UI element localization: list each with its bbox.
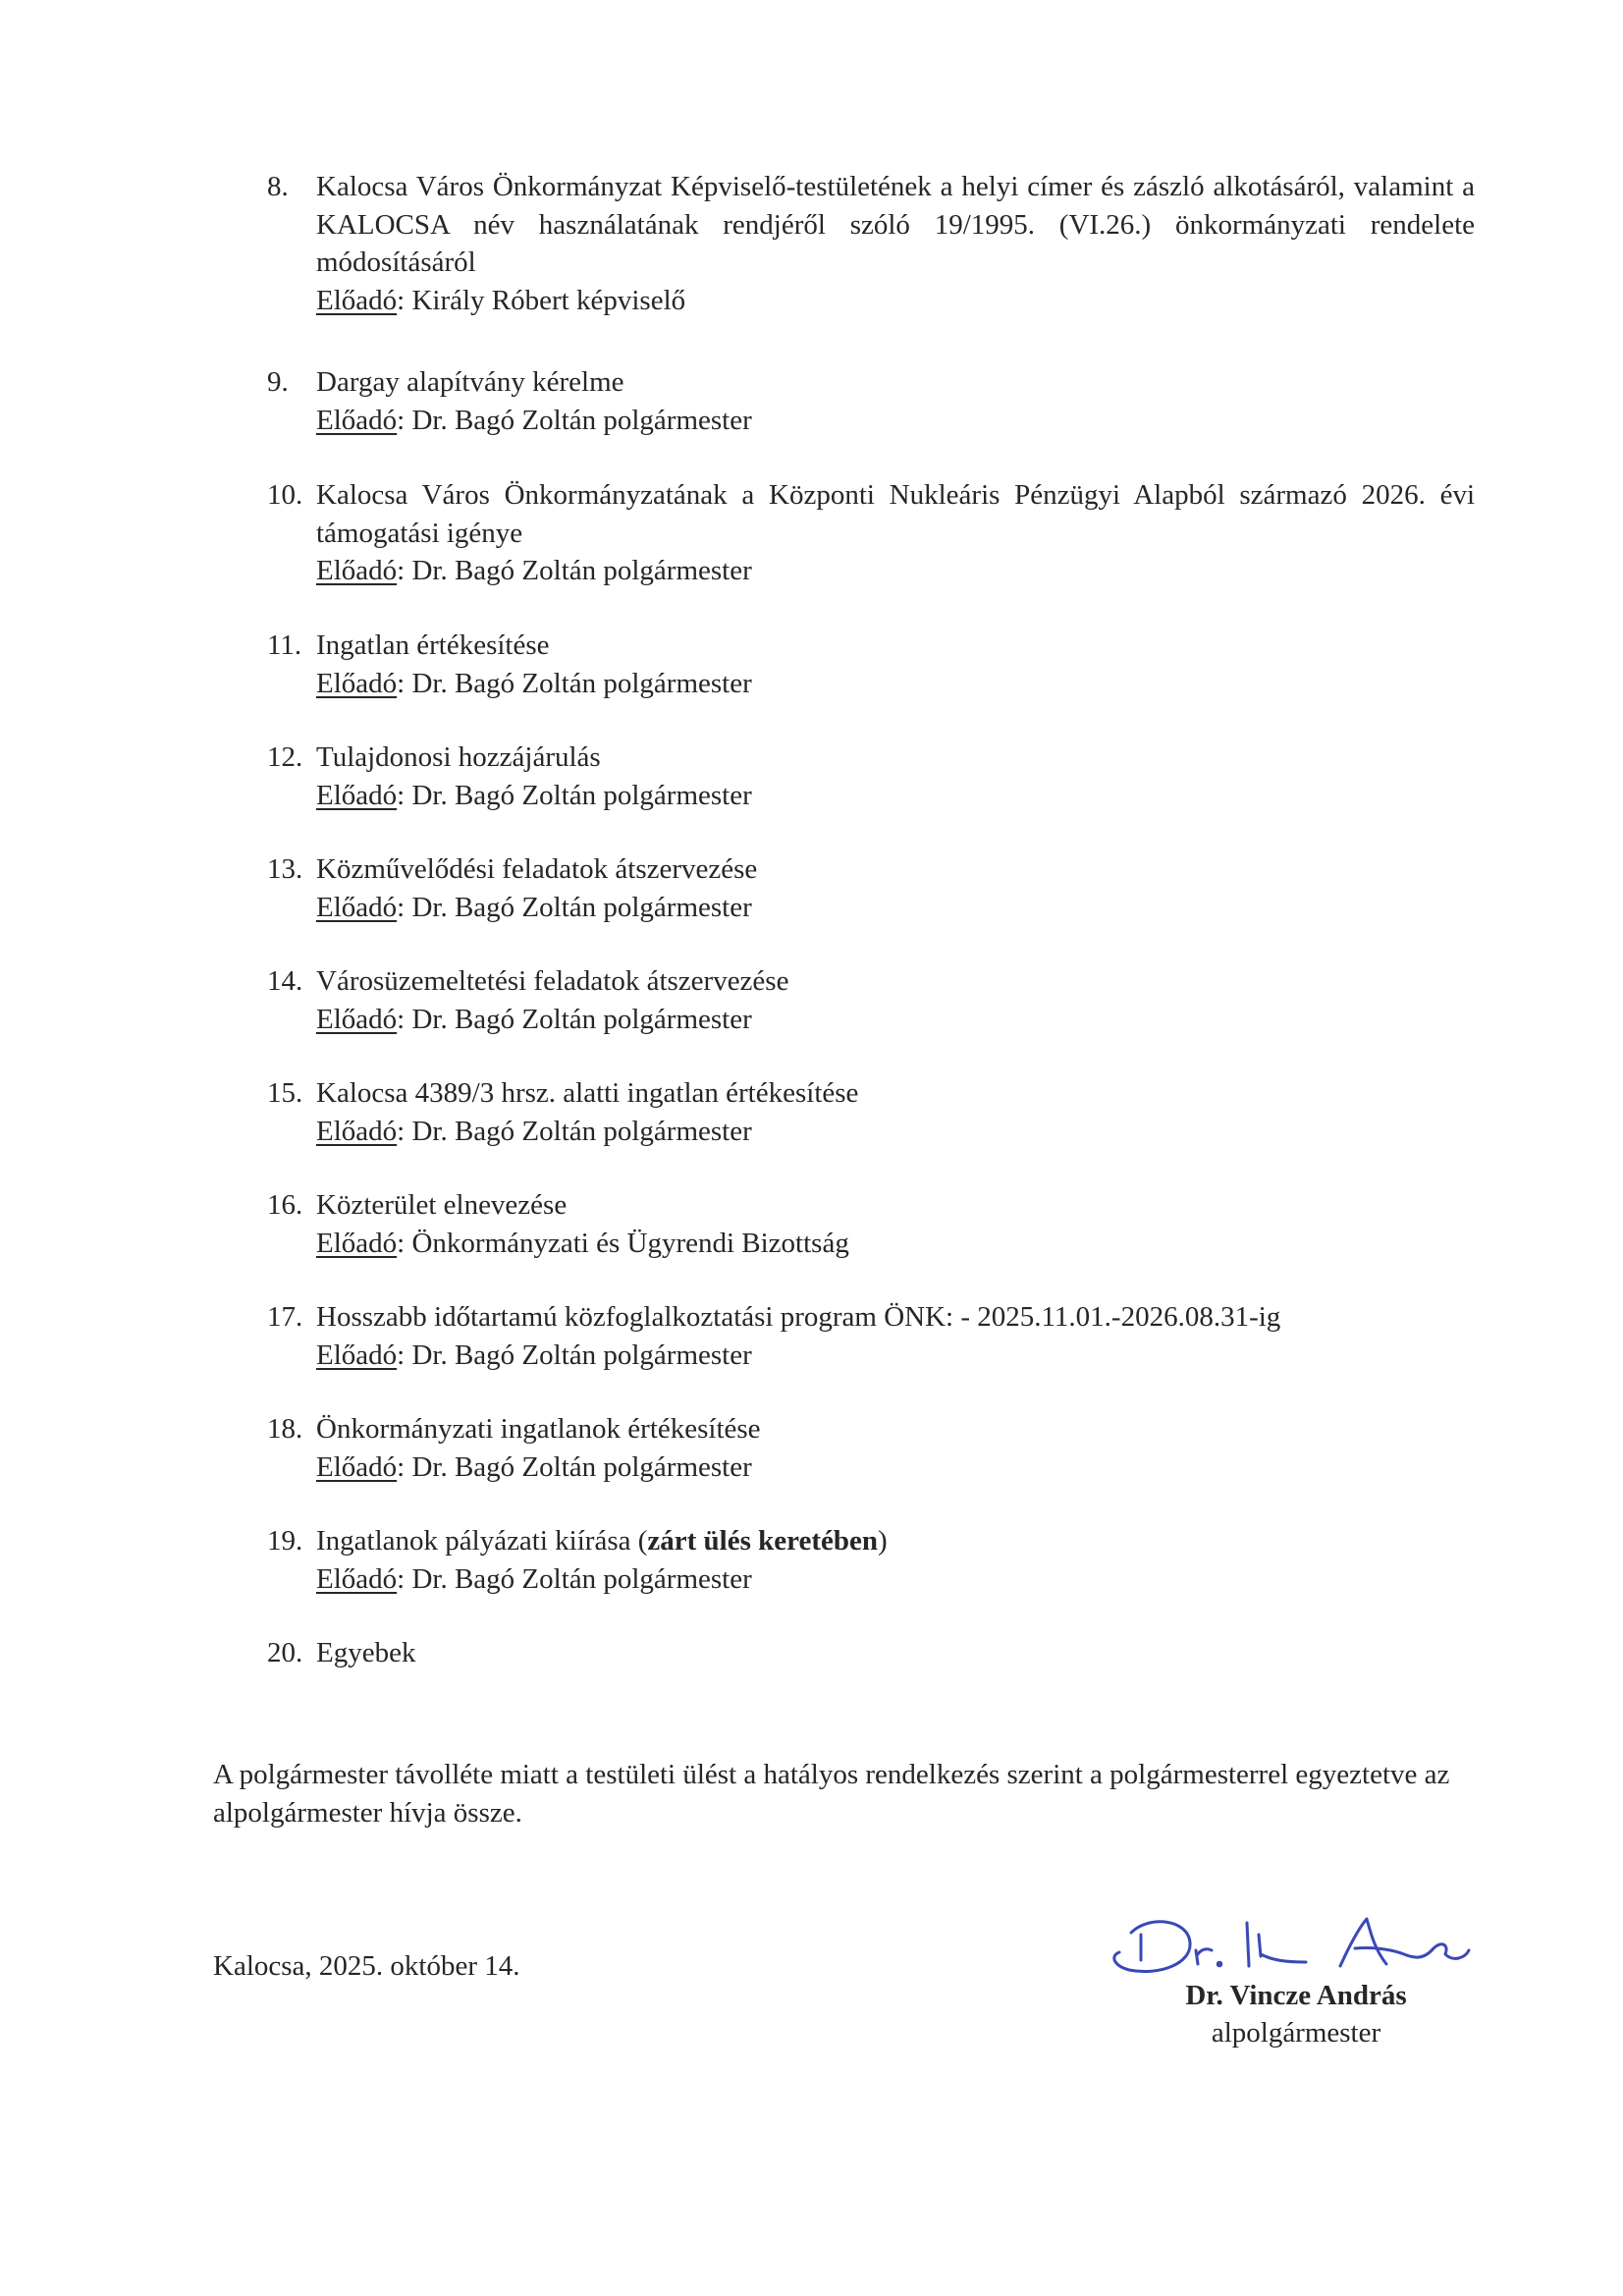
item-presenter: Előadó: Önkormányzati és Ügyrendi Bizott… bbox=[316, 1225, 1475, 1263]
presenter-label: Előadó bbox=[316, 1563, 397, 1595]
presenter-label: Előadó bbox=[316, 892, 397, 923]
presenter-name: : Dr. Bagó Zoltán polgármester bbox=[397, 668, 752, 699]
agenda-item-19: 19. Ingatlanok pályázati kiírása (zárt ü… bbox=[267, 1522, 1475, 1598]
presenter-name: : Király Róbert képviselő bbox=[397, 285, 685, 316]
item-presenter: Előadó: Dr. Bagó Zoltán polgármester bbox=[316, 1001, 1475, 1039]
convocation-note: A polgármester távolléte miatt a testüle… bbox=[213, 1756, 1460, 1831]
presenter-label: Előadó bbox=[316, 1004, 397, 1035]
agenda-item-11: 11. Ingatlan értékesítése Előadó: Dr. Ba… bbox=[267, 627, 1475, 702]
item-title-close: ) bbox=[878, 1525, 888, 1557]
closed-session-note: zárt ülés keretében bbox=[647, 1525, 878, 1557]
signature-block: Dr. Vincze András alpolgármester bbox=[1109, 1905, 1483, 2062]
item-presenter: Előadó: Dr. Bagó Zoltán polgármester bbox=[316, 402, 1475, 440]
item-number: 16. bbox=[267, 1186, 316, 1225]
presenter-label: Előadó bbox=[316, 1116, 397, 1147]
item-presenter: Előadó: Dr. Bagó Zoltán polgármester bbox=[316, 777, 1475, 815]
agenda-item-14: 14. Városüzemeltetési feladatok átszerve… bbox=[267, 962, 1475, 1038]
item-title: Közterület elnevezése bbox=[316, 1186, 1475, 1225]
item-title: Kalocsa Város Önkormányzatának a Központ… bbox=[316, 476, 1475, 552]
item-number: 9. bbox=[267, 363, 316, 402]
presenter-label: Előadó bbox=[316, 1339, 397, 1371]
agenda-item-16: 16. Közterület elnevezése Előadó: Önkorm… bbox=[267, 1186, 1475, 1262]
signer-title: alpolgármester bbox=[1109, 2017, 1483, 2050]
presenter-label: Előadó bbox=[316, 555, 397, 586]
presenter-name: : Dr. Bagó Zoltán polgármester bbox=[397, 1339, 752, 1371]
item-title: Tulajdonosi hozzájárulás bbox=[316, 738, 1475, 777]
presenter-label: Előadó bbox=[316, 285, 397, 316]
item-number: 15. bbox=[267, 1074, 316, 1113]
item-number: 17. bbox=[267, 1298, 316, 1337]
item-number: 20. bbox=[267, 1634, 316, 1672]
item-presenter: Előadó: Király Róbert képviselő bbox=[316, 282, 1475, 320]
item-title: Egyebek bbox=[316, 1634, 1475, 1672]
agenda-item-18: 18. Önkormányzati ingatlanok értékesítés… bbox=[267, 1410, 1475, 1486]
agenda-item-13: 13. Közművelődési feladatok átszervezése… bbox=[267, 850, 1475, 926]
item-title: Hosszabb időtartamú közfoglalkoztatási p… bbox=[316, 1298, 1475, 1337]
agenda-item-15: 15. Kalocsa 4389/3 hrsz. alatti ingatlan… bbox=[267, 1074, 1475, 1150]
presenter-name: : Dr. Bagó Zoltán polgármester bbox=[397, 405, 752, 436]
item-presenter: Előadó: Dr. Bagó Zoltán polgármester bbox=[316, 1560, 1475, 1599]
agenda-item-9: 9. Dargay alapítvány kérelme Előadó: Dr.… bbox=[267, 363, 1475, 439]
item-title: Dargay alapítvány kérelme bbox=[316, 363, 1475, 402]
item-presenter: Előadó: Dr. Bagó Zoltán polgármester bbox=[316, 665, 1475, 703]
presenter-name: : Dr. Bagó Zoltán polgármester bbox=[397, 892, 752, 923]
presenter-name: : Dr. Bagó Zoltán polgármester bbox=[397, 1563, 752, 1595]
item-number: 8. bbox=[267, 168, 316, 206]
presenter-name: : Dr. Bagó Zoltán polgármester bbox=[397, 1451, 752, 1483]
agenda-item-8: 8. Kalocsa Város Önkormányzat Képviselő-… bbox=[267, 168, 1475, 319]
presenter-name: : Dr. Bagó Zoltán polgármester bbox=[397, 555, 752, 586]
item-title: Kalocsa Város Önkormányzat Képviselő-tes… bbox=[316, 168, 1475, 282]
presenter-name: : Önkormányzati és Ügyrendi Bizottság bbox=[397, 1228, 849, 1259]
item-presenter: Előadó: Dr. Bagó Zoltán polgármester bbox=[316, 889, 1475, 927]
document-page: 8. Kalocsa Város Önkormányzat Képviselő-… bbox=[0, 0, 1623, 2296]
handwritten-signature-icon bbox=[1080, 1905, 1492, 1984]
presenter-label: Előadó bbox=[316, 1228, 397, 1259]
item-number: 12. bbox=[267, 738, 316, 777]
presenter-label: Előadó bbox=[316, 1451, 397, 1483]
item-number: 10. bbox=[267, 476, 316, 515]
item-number: 11. bbox=[267, 627, 316, 665]
presenter-label: Előadó bbox=[316, 668, 397, 699]
agenda-item-20: 20. Egyebek bbox=[267, 1634, 1475, 1672]
item-title: Ingatlan értékesítése bbox=[316, 627, 1475, 665]
item-presenter: Előadó: Dr. Bagó Zoltán polgármester bbox=[316, 552, 1475, 590]
item-number: 14. bbox=[267, 962, 316, 1001]
item-title: Városüzemeltetési feladatok átszervezése bbox=[316, 962, 1475, 1001]
item-presenter: Előadó: Dr. Bagó Zoltán polgármester bbox=[316, 1337, 1475, 1375]
presenter-name: : Dr. Bagó Zoltán polgármester bbox=[397, 780, 752, 811]
agenda-item-10: 10. Kalocsa Város Önkormányzatának a Köz… bbox=[267, 476, 1475, 590]
item-title: Önkormányzati ingatlanok értékesítése bbox=[316, 1410, 1475, 1449]
presenter-label: Előadó bbox=[316, 780, 397, 811]
item-title-text: Ingatlanok pályázati kiírása ( bbox=[316, 1525, 647, 1557]
signer-name: Dr. Vincze András bbox=[1109, 1980, 1483, 2012]
item-number: 13. bbox=[267, 850, 316, 889]
presenter-label: Előadó bbox=[316, 405, 397, 436]
item-presenter: Előadó: Dr. Bagó Zoltán polgármester bbox=[316, 1113, 1475, 1151]
item-title: Ingatlanok pályázati kiírása (zárt ülés … bbox=[316, 1522, 1475, 1560]
item-number: 19. bbox=[267, 1522, 316, 1560]
item-presenter: Előadó: Dr. Bagó Zoltán polgármester bbox=[316, 1449, 1475, 1487]
agenda-item-17: 17. Hosszabb időtartamú közfoglalkoztatá… bbox=[267, 1298, 1475, 1374]
agenda-item-12: 12. Tulajdonosi hozzájárulás Előadó: Dr.… bbox=[267, 738, 1475, 814]
presenter-name: : Dr. Bagó Zoltán polgármester bbox=[397, 1004, 752, 1035]
item-number: 18. bbox=[267, 1410, 316, 1449]
presenter-name: : Dr. Bagó Zoltán polgármester bbox=[397, 1116, 752, 1147]
item-title: Közművelődési feladatok átszervezése bbox=[316, 850, 1475, 889]
place-date: Kalocsa, 2025. október 14. bbox=[213, 1950, 520, 1983]
item-title: Kalocsa 4389/3 hrsz. alatti ingatlan ért… bbox=[316, 1074, 1475, 1113]
